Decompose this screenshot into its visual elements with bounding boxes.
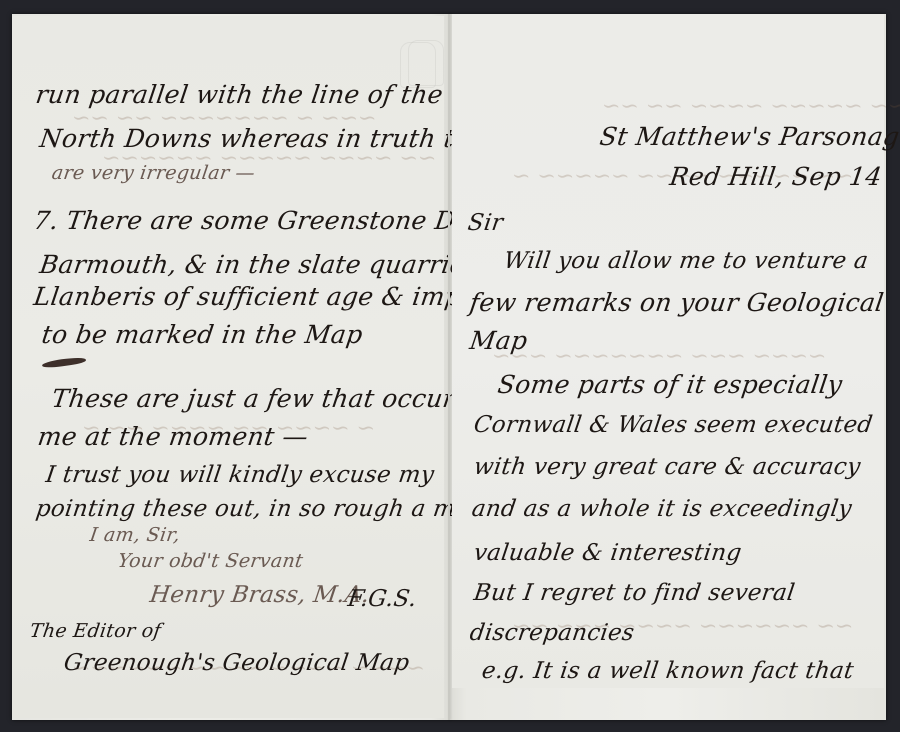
ink-bleed: ~~~~ ~~~ ~~~~~~~ ~~~ bbox=[490, 344, 828, 369]
letter-line: I trust you will kindly excuse my bbox=[44, 462, 436, 488]
letter-line: These are just a few that occur to bbox=[50, 384, 491, 413]
letter-line: valuable & interesting bbox=[472, 540, 743, 566]
letter-line: Will you allow me to venture a bbox=[502, 248, 870, 274]
letter-line: But I regret to find several bbox=[472, 580, 796, 606]
greeting: Sir bbox=[466, 210, 505, 236]
address-line: St Matthew's Parsonage bbox=[598, 122, 900, 151]
letter-line: Barmouth, & in the slate quarries at bbox=[38, 250, 514, 279]
letter-line: Map bbox=[468, 326, 529, 355]
letter-line: run parallel with the line of the bbox=[34, 80, 445, 109]
scan-background: ~~~ ~ ~~~~~~~ ~~ ~~ ~~ ~~~~ ~~~~~ ~~~~~~… bbox=[0, 0, 900, 732]
addressee-line: Greenough's Geological Map bbox=[62, 650, 411, 676]
right-page: ~~~ ~~~~~ ~~~~ ~~ ~~ ~~ ~~~~~ ~~~~ ~~~~~… bbox=[452, 14, 884, 688]
letter-line: and as a whole it is exceedingly bbox=[470, 496, 853, 522]
signature: Henry Brass, M.A. bbox=[148, 582, 371, 608]
addressee-line: The Editor of bbox=[28, 620, 162, 642]
letter-line: me at the moment — bbox=[36, 422, 310, 451]
closing-phrase: Your obd't Servant bbox=[116, 550, 304, 572]
page-fold bbox=[448, 14, 450, 720]
letter-line: with very great care & accuracy bbox=[472, 454, 862, 480]
letter-sheet: ~~~ ~ ~~~~~~~ ~~ ~~ ~~ ~~~~ ~~~~~ ~~~~~~… bbox=[12, 14, 886, 720]
signature-credentials: F.G.S. bbox=[346, 586, 418, 612]
letter-line: to be marked in the Map bbox=[40, 320, 365, 349]
date-line: Red Hill, Sep 14 bbox=[668, 162, 884, 191]
closing-salutation: I am, Sir, bbox=[88, 524, 181, 546]
watermark-emblem bbox=[408, 40, 444, 86]
letter-line: discrepancies bbox=[468, 620, 636, 646]
ink-blot bbox=[42, 356, 87, 369]
letter-line: Some parts of it especially bbox=[496, 370, 844, 399]
letter-line: are very irregular — bbox=[50, 162, 256, 184]
left-page: ~~~ ~ ~~~~~~~ ~~ ~~ ~~ ~~~~ ~~~~~ ~~~~~~… bbox=[12, 16, 444, 718]
letter-line: few remarks on your Geological bbox=[468, 288, 886, 317]
letter-line: Cornwall & Wales seem executed bbox=[472, 412, 874, 438]
ink-bleed: ~~~ ~~~~~ ~~~~ ~~ ~~ bbox=[600, 94, 900, 119]
letter-line: North Downs whereas in truth they bbox=[38, 124, 502, 153]
letter-line: e.g. It is a well known fact that bbox=[480, 658, 855, 684]
